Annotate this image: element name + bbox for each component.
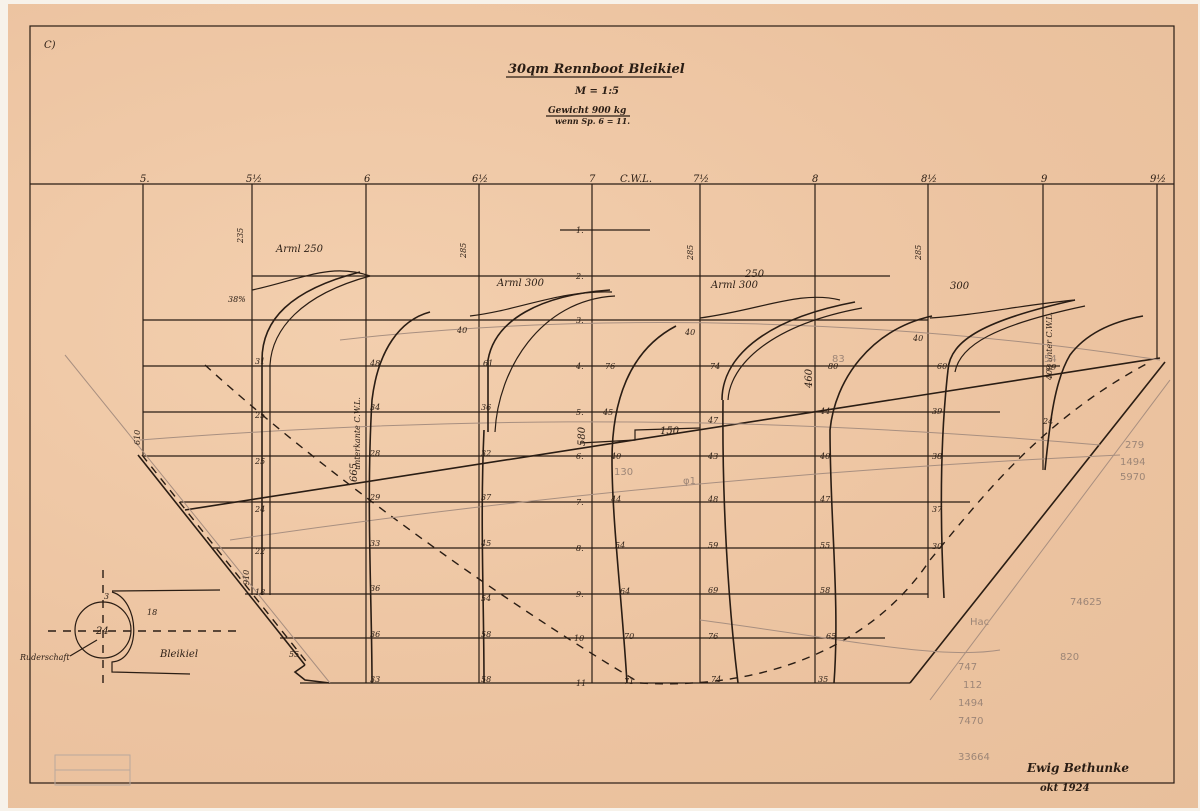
- svg-text:Gewicht 900 kg: Gewicht 900 kg: [548, 106, 626, 116]
- svg-text:58: 58: [481, 675, 491, 684]
- svg-text:9½: 9½: [1150, 174, 1166, 185]
- svg-text:M = 1:5: M = 1:5: [574, 86, 619, 97]
- svg-text:61: 61: [483, 359, 493, 368]
- svg-text:7½: 7½: [693, 174, 709, 185]
- svg-text:69: 69: [708, 586, 718, 595]
- svg-text:10: 10: [574, 634, 584, 643]
- svg-text:130: 130: [614, 467, 633, 478]
- svg-text:okt 1924: okt 1924: [1040, 783, 1090, 794]
- svg-text:7.: 7.: [576, 498, 584, 507]
- svg-text:33: 33: [370, 675, 380, 684]
- svg-text:4.: 4.: [575, 362, 584, 371]
- svg-text:58: 58: [820, 586, 830, 595]
- svg-text:38: 38: [932, 452, 942, 461]
- svg-text:5½: 5½: [246, 174, 262, 185]
- svg-text:40: 40: [610, 452, 621, 461]
- border-frame: [30, 26, 1174, 783]
- svg-text:28: 28: [369, 449, 380, 458]
- station-labels: 5. 5½ 6 6½ 7 C.W.L. 7½ 8 8½ 9 9½: [140, 174, 1166, 185]
- svg-text:36: 36: [370, 584, 380, 593]
- svg-text:Arml 300: Arml 300: [496, 278, 545, 289]
- svg-text:43: 43: [707, 452, 718, 461]
- svg-text:38%: 38%: [228, 295, 246, 304]
- svg-text:33: 33: [370, 539, 380, 548]
- svg-text:8.: 8.: [576, 544, 584, 553]
- waterline-labels: 1. 2. 3. 4. 5. 6. 7. 8. 9. 10 11: [574, 226, 586, 688]
- svg-text:Arml 250: Arml 250: [275, 244, 324, 255]
- svg-text:300: 300: [950, 281, 970, 292]
- svg-text:48: 48: [369, 359, 380, 368]
- svg-text:8: 8: [812, 174, 818, 185]
- svg-text:40: 40: [912, 334, 923, 343]
- svg-text:39: 39: [932, 407, 942, 416]
- svg-text:40: 40: [684, 328, 695, 337]
- section-curves: [252, 271, 1143, 683]
- svg-text:40: 40: [819, 452, 830, 461]
- svg-text:C.W.L.: C.W.L.: [620, 174, 652, 185]
- svg-text:5.: 5.: [140, 174, 150, 185]
- svg-text:29: 29: [369, 493, 380, 502]
- svg-text:9.: 9.: [576, 590, 584, 599]
- svg-text:45: 45: [480, 539, 491, 548]
- svg-text:285: 285: [459, 243, 468, 259]
- offset-values: 31 25 25 24 22 18 48 34 28 29 33 36 36 3…: [254, 357, 1056, 686]
- svg-text:285: 285: [686, 245, 695, 261]
- svg-text:1494: 1494: [1120, 457, 1145, 468]
- hull-outline: [138, 358, 1165, 683]
- svg-text:74: 74: [710, 362, 720, 371]
- svg-text:2.: 2.: [575, 272, 584, 281]
- svg-text:34: 34: [370, 403, 380, 412]
- svg-text:1.: 1.: [576, 226, 584, 235]
- svg-text:37: 37: [932, 505, 943, 514]
- svg-text:3: 3: [104, 592, 109, 601]
- svg-text:7: 7: [589, 174, 596, 185]
- signature-block: Ewig Bethunke okt 1924: [1026, 761, 1129, 794]
- svg-text:6.: 6.: [576, 452, 584, 461]
- svg-text:112: 112: [963, 680, 982, 691]
- archive-stamp: [55, 755, 130, 785]
- svg-text:44: 44: [610, 495, 621, 504]
- svg-text:44: 44: [819, 407, 830, 416]
- station-lines: [143, 184, 1157, 683]
- svg-text:55: 55: [820, 541, 830, 550]
- svg-text:unterkante C.W.L.: unterkante C.W.L.: [353, 397, 362, 470]
- svg-text:36: 36: [481, 403, 491, 412]
- svg-text:60: 60: [937, 362, 947, 371]
- svg-text:37: 37: [481, 493, 492, 502]
- lines-plan-drawing: 5. 5½ 6 6½ 7 C.W.L. 7½ 8 8½ 9 9½ 1. 2. 3…: [0, 0, 1200, 811]
- svg-text:59: 59: [708, 541, 718, 550]
- svg-text:150: 150: [660, 426, 680, 437]
- svg-text:24: 24: [254, 505, 265, 514]
- svg-text:18: 18: [147, 608, 157, 617]
- svg-text:76: 76: [605, 362, 615, 371]
- svg-text:83: 83: [832, 354, 845, 365]
- svg-text:47: 47: [819, 495, 831, 504]
- svg-text:285: 285: [914, 245, 923, 261]
- svg-text:460: 460: [804, 368, 815, 389]
- svg-text:55: 55: [289, 650, 299, 659]
- svg-text:279: 279: [1125, 440, 1144, 451]
- pencil-notes: 130 φ1 83 54 Hac 747 112 1494 7470 33664…: [614, 354, 1145, 763]
- svg-text:30qm Rennboot Bleikiel: 30qm Rennboot Bleikiel: [508, 62, 685, 77]
- svg-text:wenn Sp. 6 = 11.: wenn Sp. 6 = 11.: [555, 116, 630, 126]
- svg-text:6½: 6½: [472, 174, 488, 185]
- svg-text:76: 76: [708, 632, 718, 641]
- svg-text:22: 22: [254, 547, 265, 556]
- svg-text:747: 747: [958, 662, 977, 673]
- svg-text:35: 35: [818, 675, 828, 684]
- svg-text:5970: 5970: [1120, 472, 1145, 483]
- svg-text:235: 235: [236, 228, 245, 244]
- svg-text:3.: 3.: [576, 316, 584, 325]
- svg-text:54: 54: [1044, 354, 1057, 365]
- svg-text:25: 25: [254, 457, 265, 466]
- svg-text:74625: 74625: [1070, 597, 1102, 608]
- rudder-shaft-detail: 24 3 18 Ruderschaft Bleikiel: [19, 570, 240, 690]
- svg-text:820: 820: [1060, 652, 1079, 663]
- svg-text:47: 47: [707, 416, 719, 425]
- svg-text:32: 32: [481, 449, 491, 458]
- svg-text:65: 65: [826, 632, 836, 641]
- svg-text:250: 250: [744, 269, 765, 280]
- svg-text:33664: 33664: [958, 752, 990, 763]
- svg-text:Arml 300: Arml 300: [710, 280, 759, 291]
- svg-text:54: 54: [481, 594, 491, 603]
- svg-text:Ruderschaft: Ruderschaft: [19, 653, 70, 662]
- svg-text:φ1: φ1: [683, 476, 696, 487]
- svg-text:24: 24: [95, 626, 109, 637]
- svg-text:Ewig Bethunke: Ewig Bethunke: [1026, 761, 1129, 775]
- svg-text:30: 30: [932, 542, 942, 551]
- svg-text:610: 610: [133, 430, 142, 445]
- svg-text:58: 58: [481, 630, 491, 639]
- svg-text:Bleikiel: Bleikiel: [159, 649, 198, 660]
- svg-text:7470: 7470: [958, 716, 983, 727]
- svg-text:5.: 5.: [576, 408, 584, 417]
- svg-text:C): C): [44, 40, 56, 51]
- svg-text:74: 74: [711, 675, 721, 684]
- svg-text:25: 25: [254, 411, 265, 420]
- svg-text:1494: 1494: [958, 698, 983, 709]
- svg-text:11: 11: [576, 679, 586, 688]
- svg-text:54: 54: [615, 541, 625, 550]
- svg-text:9: 9: [1041, 174, 1048, 185]
- svg-text:580: 580: [577, 426, 588, 446]
- svg-text:Hac: Hac: [970, 617, 989, 628]
- svg-text:24: 24: [1042, 417, 1053, 426]
- svg-text:64: 64: [620, 587, 630, 596]
- svg-text:45: 45: [602, 408, 613, 417]
- svg-text:910: 910: [242, 570, 251, 585]
- svg-text:71: 71: [624, 677, 634, 686]
- pencil-lines: [65, 323, 1170, 700]
- svg-text:48: 48: [707, 495, 718, 504]
- svg-text:40: 40: [456, 326, 467, 335]
- svg-text:70: 70: [624, 632, 634, 641]
- svg-text:31: 31: [255, 357, 265, 366]
- svg-text:8½: 8½: [921, 174, 937, 185]
- title-block: 30qm Rennboot Bleikiel M = 1:5 Gewicht 9…: [44, 40, 685, 126]
- svg-text:6: 6: [364, 174, 371, 185]
- svg-text:18: 18: [255, 588, 265, 597]
- svg-text:36: 36: [370, 630, 380, 639]
- dashed-diagonals: [142, 362, 1150, 684]
